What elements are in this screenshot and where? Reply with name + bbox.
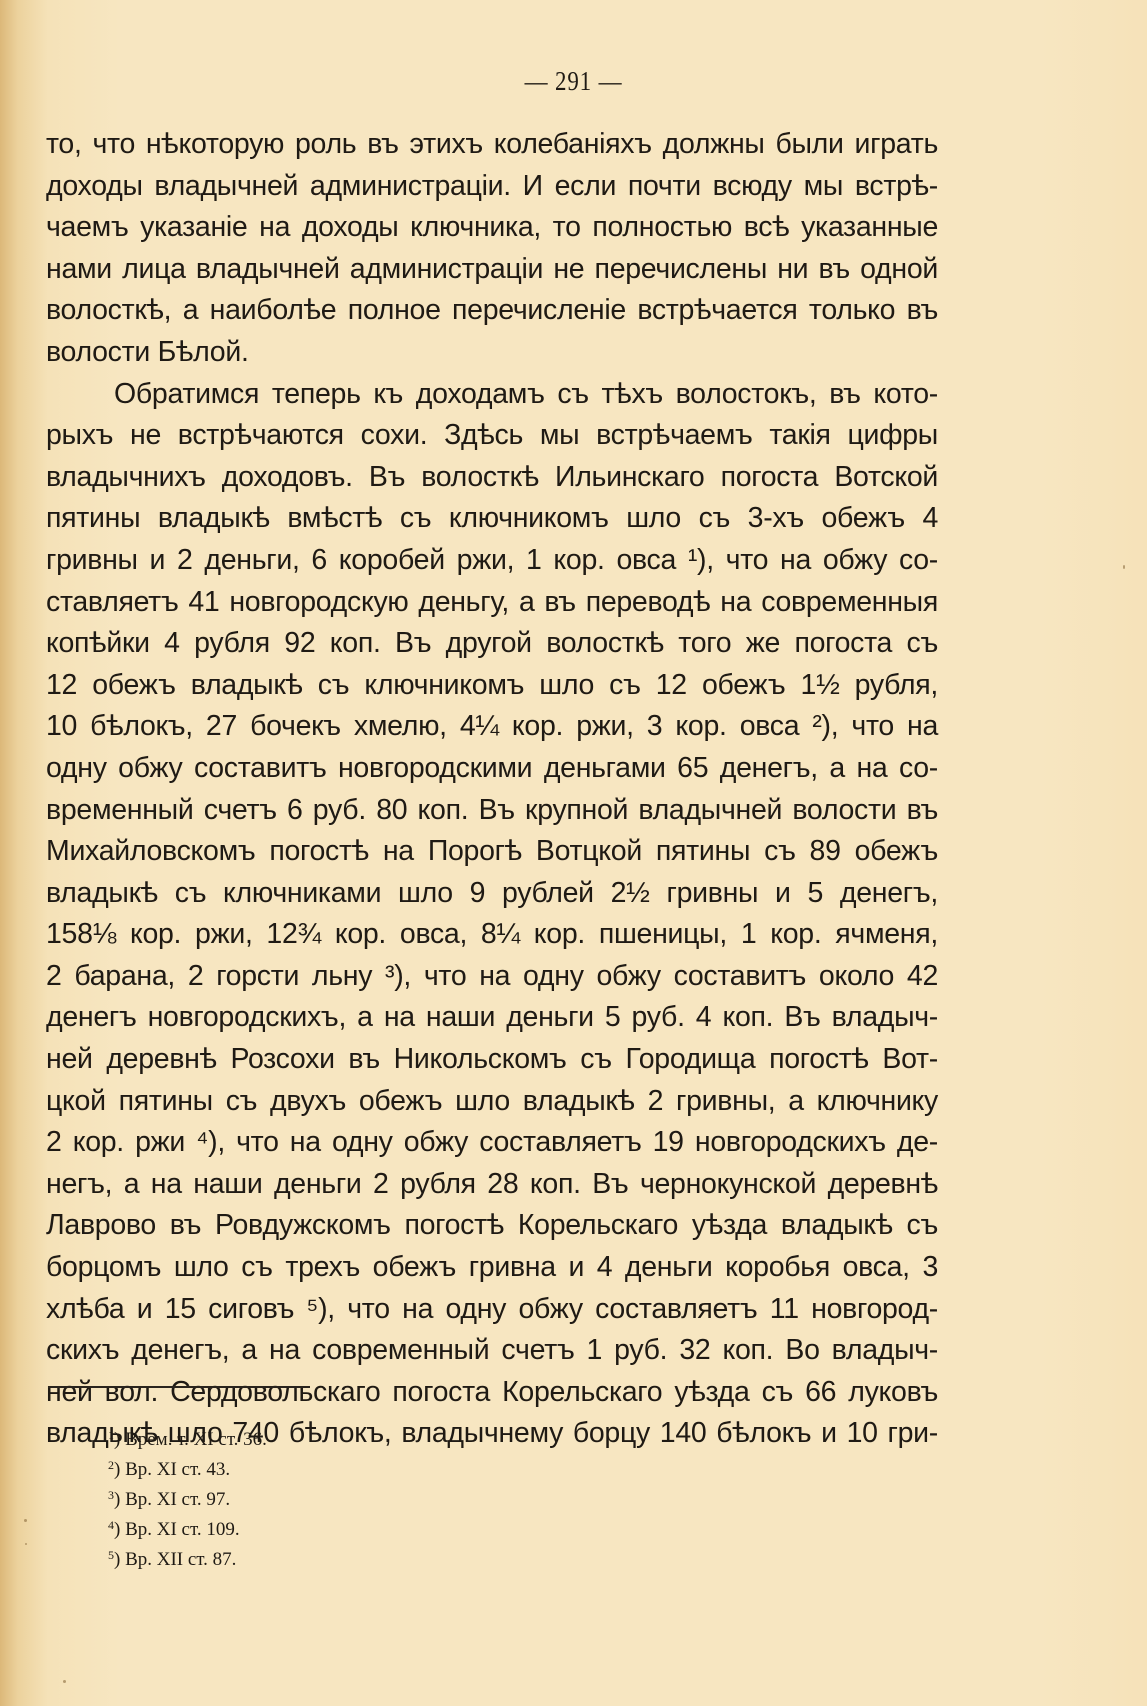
text-line: копѣйки 4 рубля 92 коп. Въ другой волост… xyxy=(46,623,938,665)
text-line: ней вол. Сердовольскаго погоста Корельск… xyxy=(46,1372,938,1414)
footnote-3: 3) Вр. XI ст. 97. xyxy=(108,1480,267,1510)
text-line: гривны и 2 деньги, 6 коробей ржи, 1 кор.… xyxy=(46,540,938,582)
text-line: Лаврово въ Ровдужскомъ погостѣ Корельска… xyxy=(46,1205,938,1247)
text-line: пятины владыкѣ вмѣстѣ съ ключникомъ шло … xyxy=(46,498,938,540)
text-line: 2 кор. ржи ⁴), что на одну обжу составля… xyxy=(46,1122,938,1164)
paper-speck xyxy=(24,1519,27,1522)
body-text: то, что нѣкоторую роль въ этихъ колебані… xyxy=(46,124,938,1455)
text-line: цкой пятины съ двухъ обежъ шло владыкѣ 2… xyxy=(46,1081,938,1123)
footnote-separator xyxy=(48,1386,310,1388)
paper-speck xyxy=(1123,565,1125,569)
text-line: доходы владычней администраціи. И если п… xyxy=(46,166,938,208)
text-line: ставляетъ 41 новгородскую деньгу, а въ п… xyxy=(46,582,938,624)
text-line: рыхъ не встрѣчаются сохи. Здѣсь мы встрѣ… xyxy=(46,415,938,457)
footnote-text: ) Вр. XI ст. 97. xyxy=(114,1489,230,1510)
footnotes: 1) Врем. т. XI ст. 36. 2) Вр. XI ст. 43.… xyxy=(108,1420,267,1570)
text-line: волосткѣ, а наиболѣе полное перечисленіе… xyxy=(46,290,938,332)
footnote-1: 1) Врем. т. XI ст. 36. xyxy=(108,1420,267,1450)
text-line: волости Бѣлой. xyxy=(46,332,938,374)
text-line: денегъ новгородскихъ, а на наши деньги 5… xyxy=(46,997,938,1039)
paper-speck xyxy=(25,1543,27,1545)
text-line: ней деревнѣ Розсохи въ Никольскомъ съ Го… xyxy=(46,1039,938,1081)
text-line: временный счетъ 6 руб. 80 коп. Въ крупно… xyxy=(46,790,938,832)
text-line: владыкѣ съ ключниками шло 9 рублей 2½ гр… xyxy=(46,873,938,915)
text-line: 2 барана, 2 горсти льну ³), что на одну … xyxy=(46,956,938,998)
text-line: негъ, а на наши деньги 2 рубля 28 коп. В… xyxy=(46,1164,938,1206)
paper-speck xyxy=(63,1680,66,1683)
text-line: 12 обежъ владыкѣ съ ключникомъ шло съ 12… xyxy=(46,665,938,707)
footnote-text: ) Врем. т. XI ст. 36. xyxy=(114,1429,267,1450)
page-number: — 291 — xyxy=(86,66,1061,97)
text-line: нами лица владычней администраціи не пер… xyxy=(46,249,938,291)
footnote-text: ) Вр. XI ст. 109. xyxy=(114,1519,240,1540)
text-line: одну обжу составитъ новгородскими деньга… xyxy=(46,748,938,790)
footnote-text: ) Вр. XI ст. 43. xyxy=(114,1459,230,1480)
paragraph-start-line: Обратимся теперь къ доходамъ съ тѣхъ вол… xyxy=(46,374,938,416)
text-line: 10 бѣлокъ, 27 бочекъ хмелю, 4¼ кор. ржи,… xyxy=(46,706,938,748)
text-line: чаемъ указаніе на доходы ключника, то по… xyxy=(46,207,938,249)
footnote-4: 4) Вр. XI ст. 109. xyxy=(108,1510,267,1540)
text-line: владычнихъ доходовъ. Въ волосткѣ Ильинск… xyxy=(46,457,938,499)
text-line: то, что нѣкоторую роль въ этихъ колебані… xyxy=(46,124,938,166)
text-line: борцомъ шло съ трехъ обежъ гривна и 4 де… xyxy=(46,1247,938,1289)
footnote-text: ) Вр. XII ст. 87. xyxy=(114,1549,236,1570)
footnote-5: 5) Вр. XII ст. 87. xyxy=(108,1540,267,1570)
text-line: Михайловскомъ погостѣ на Порогѣ Вотцкой … xyxy=(46,831,938,873)
text-line: 158⅛ кор. ржи, 12¾ кор. овса, 8¼ кор. пш… xyxy=(46,914,938,956)
footnote-2: 2) Вр. XI ст. 43. xyxy=(108,1450,267,1480)
text-line: хлѣба и 15 сиговъ ⁵), что на одну обжу с… xyxy=(46,1289,938,1331)
text-line: скихъ денегъ, а на современный счетъ 1 р… xyxy=(46,1330,938,1372)
